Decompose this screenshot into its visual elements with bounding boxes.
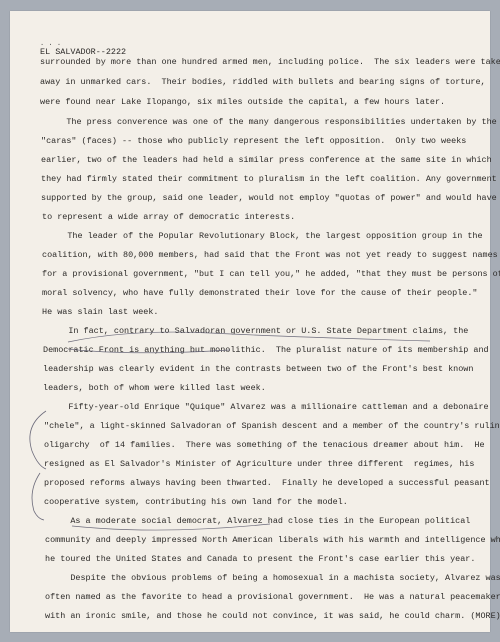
text-line: "caras" (faces) -- those who publicly re…	[41, 136, 466, 146]
text-line: "chele", a light-skinned Salvadoran of S…	[44, 421, 500, 431]
text-line: they had firmly stated their commitment …	[41, 174, 497, 184]
text-line: moral solvency, who have fully demonstra…	[42, 288, 477, 298]
text-line: he toured the United States and Canada t…	[45, 554, 475, 564]
text-line: coalition, with 80,000 members, had said…	[42, 250, 498, 260]
text-line: earlier, two of the leaders had held a s…	[41, 155, 492, 165]
text-line: leadership was clearly evident in the co…	[43, 364, 473, 374]
text-line: leaders, both of whom were killed last w…	[43, 383, 266, 393]
text-line: often named as the favorite to head a pr…	[45, 592, 500, 602]
text-line: Fifty-year-old Enrique "Quique" Alvarez …	[43, 402, 489, 412]
text-line: with an ironic smile, and those he could…	[45, 611, 500, 621]
bracket-mark	[32, 473, 44, 520]
text-line: community and deeply impressed North Ame…	[45, 535, 500, 545]
document-page: · · · EL SALVADOR--2222 surrounded by mo…	[10, 11, 490, 632]
text-line: The press converence was one of the many…	[41, 117, 497, 127]
text-line: Democratic Front is anything but monolit…	[43, 345, 489, 355]
text-line: cooperative system, contributing his own…	[44, 497, 348, 507]
text-line: were found near Lake Ilopango, six miles…	[40, 97, 445, 107]
document-slug: EL SALVADOR--2222	[40, 47, 126, 57]
text-line: to represent a wide array of democratic …	[42, 212, 295, 222]
text-line: for a provisional government, "but I can…	[42, 269, 500, 279]
text-line: oligarchy of 14 families. There was some…	[44, 440, 485, 450]
text-line: supported by the group, said one leader,…	[41, 193, 497, 203]
text-line: Despite the obvious problems of being a …	[45, 573, 500, 583]
text-line: In fact, contrary to Salvadoran governme…	[43, 326, 468, 336]
text-line: proposed reforms always having been thwa…	[44, 478, 490, 488]
text-line: As a moderate social democrat, Alvarez h…	[45, 516, 470, 526]
text-line: The leader of the Popular Revolutionary …	[42, 231, 483, 241]
text-line: He was slain last week.	[42, 307, 158, 317]
text-line: away in unmarked cars. Their bodies, rid…	[40, 77, 486, 87]
text-line: surrounded by more than one hundred arme…	[40, 57, 500, 67]
text-line: resigned as El Salvador's Minister of Ag…	[44, 459, 474, 469]
